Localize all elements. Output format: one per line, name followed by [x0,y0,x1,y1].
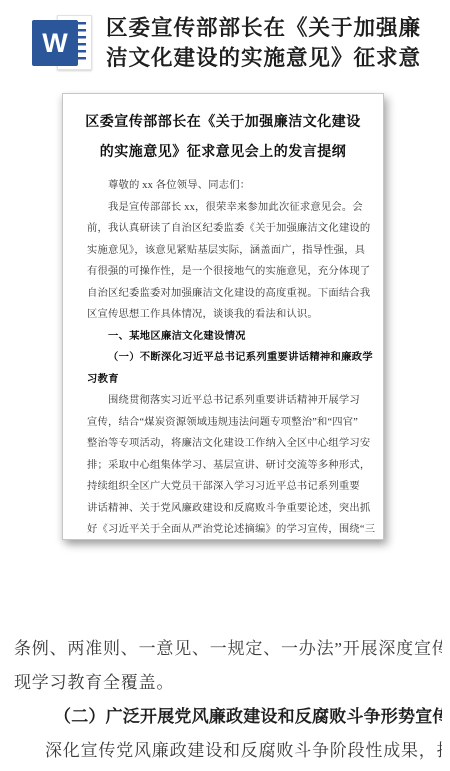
preview-doc-line: 习教育 [87,369,383,391]
word-icon-letter: W [32,20,78,66]
preview-doc-line: 整治等专项活动，将廉洁文化建设工作纳入全区中心组学习安 [87,433,383,455]
preview-doc-line: 自治区纪委监委对加强廉洁文化建设的高度重视。下面结合我 [87,283,383,305]
preview-doc-line: 持续组织全区广大党员干部深入学习习近平总书记系列重要 [87,476,383,498]
preview-doc-line: 区宣传思想工作具体情况，谈谈我的看法和认识。 [87,304,383,326]
preview-doc-line: 围绕贯彻落实习近平总书记系列重要讲话精神开展学习 [87,390,383,412]
content-line: 条例、两准则、一意见、一规定、一办法”开展深度宣传，实 [14,632,442,666]
preview-doc-title-line1: 区委宣传部部长在《关于加强廉洁文化建设 [63,106,383,136]
doc-page-title: 区委宣传部部长在《关于加强廉洁文化建设的实施意见》征求意 [106,13,432,73]
preview-doc-line: 有很强的可操作性，是一个很接地气的实施意见，充分体现了 [87,261,383,283]
preview-doc-line: 前，我认真研读了自治区纪委监委《关于加强廉洁文化建设的 [87,218,383,240]
preview-doc-line: 一、某地区廉洁文化建设情况 [87,326,383,348]
content-section: 条例、两准则、一意见、一规定、一办法”开展深度宣传，实现学习教育全覆盖。（二）广… [14,632,442,768]
preview-doc-line: 好《习近平关于全面从严治党论述摘编》的学习宣传，围绕“三 [87,519,383,540]
content-line: 现学习教育全覆盖。 [14,666,442,700]
preview-doc-line: 宣传，结合“煤炭资源领域违规违法问题专项整治”和“四官” [87,412,383,434]
content-line: 深化宣传党风廉政建设和反腐败斗争阶段性成果，把握好 [14,734,442,768]
content-line: （二）广泛开展党风廉政建设和反腐败斗争形势宣传 [14,700,442,734]
preview-doc-title-line2: 的实施意见》征求意见会上的发言提纲 [63,136,383,166]
word-file-icon: W [32,12,94,74]
document-preview[interactable]: 区委宣传部部长在《关于加强廉洁文化建设 的实施意见》征求意见会上的发言提纲 尊敬… [62,93,384,540]
preview-doc-line: 讲话精神、关于党风廉政建设和反腐败斗争重要论述，突出抓 [87,498,383,520]
preview-doc-line: 实施意见》，该意见紧贴基层实际，涵盖面广，指导性强，具 [87,240,383,262]
preview-doc-line: 尊敬的 xx 各位领导、同志们： [87,175,383,197]
preview-doc-line: 排；采取中心组集体学习、基层宣讲、研讨交流等多种形式， [87,455,383,477]
preview-doc-body: 尊敬的 xx 各位领导、同志们：我是宣传部部长 xx，很荣幸来参加此次征求意见会… [63,175,383,540]
doc-header: W 区委宣传部部长在《关于加强廉洁文化建设的实施意见》征求意 [32,12,432,74]
preview-doc-line: 我是宣传部部长 xx，很荣幸来参加此次征求意见会。会 [87,197,383,219]
preview-doc-line: （一）不断深化习近平总书记系列重要讲话精神和廉政学 [87,347,383,369]
